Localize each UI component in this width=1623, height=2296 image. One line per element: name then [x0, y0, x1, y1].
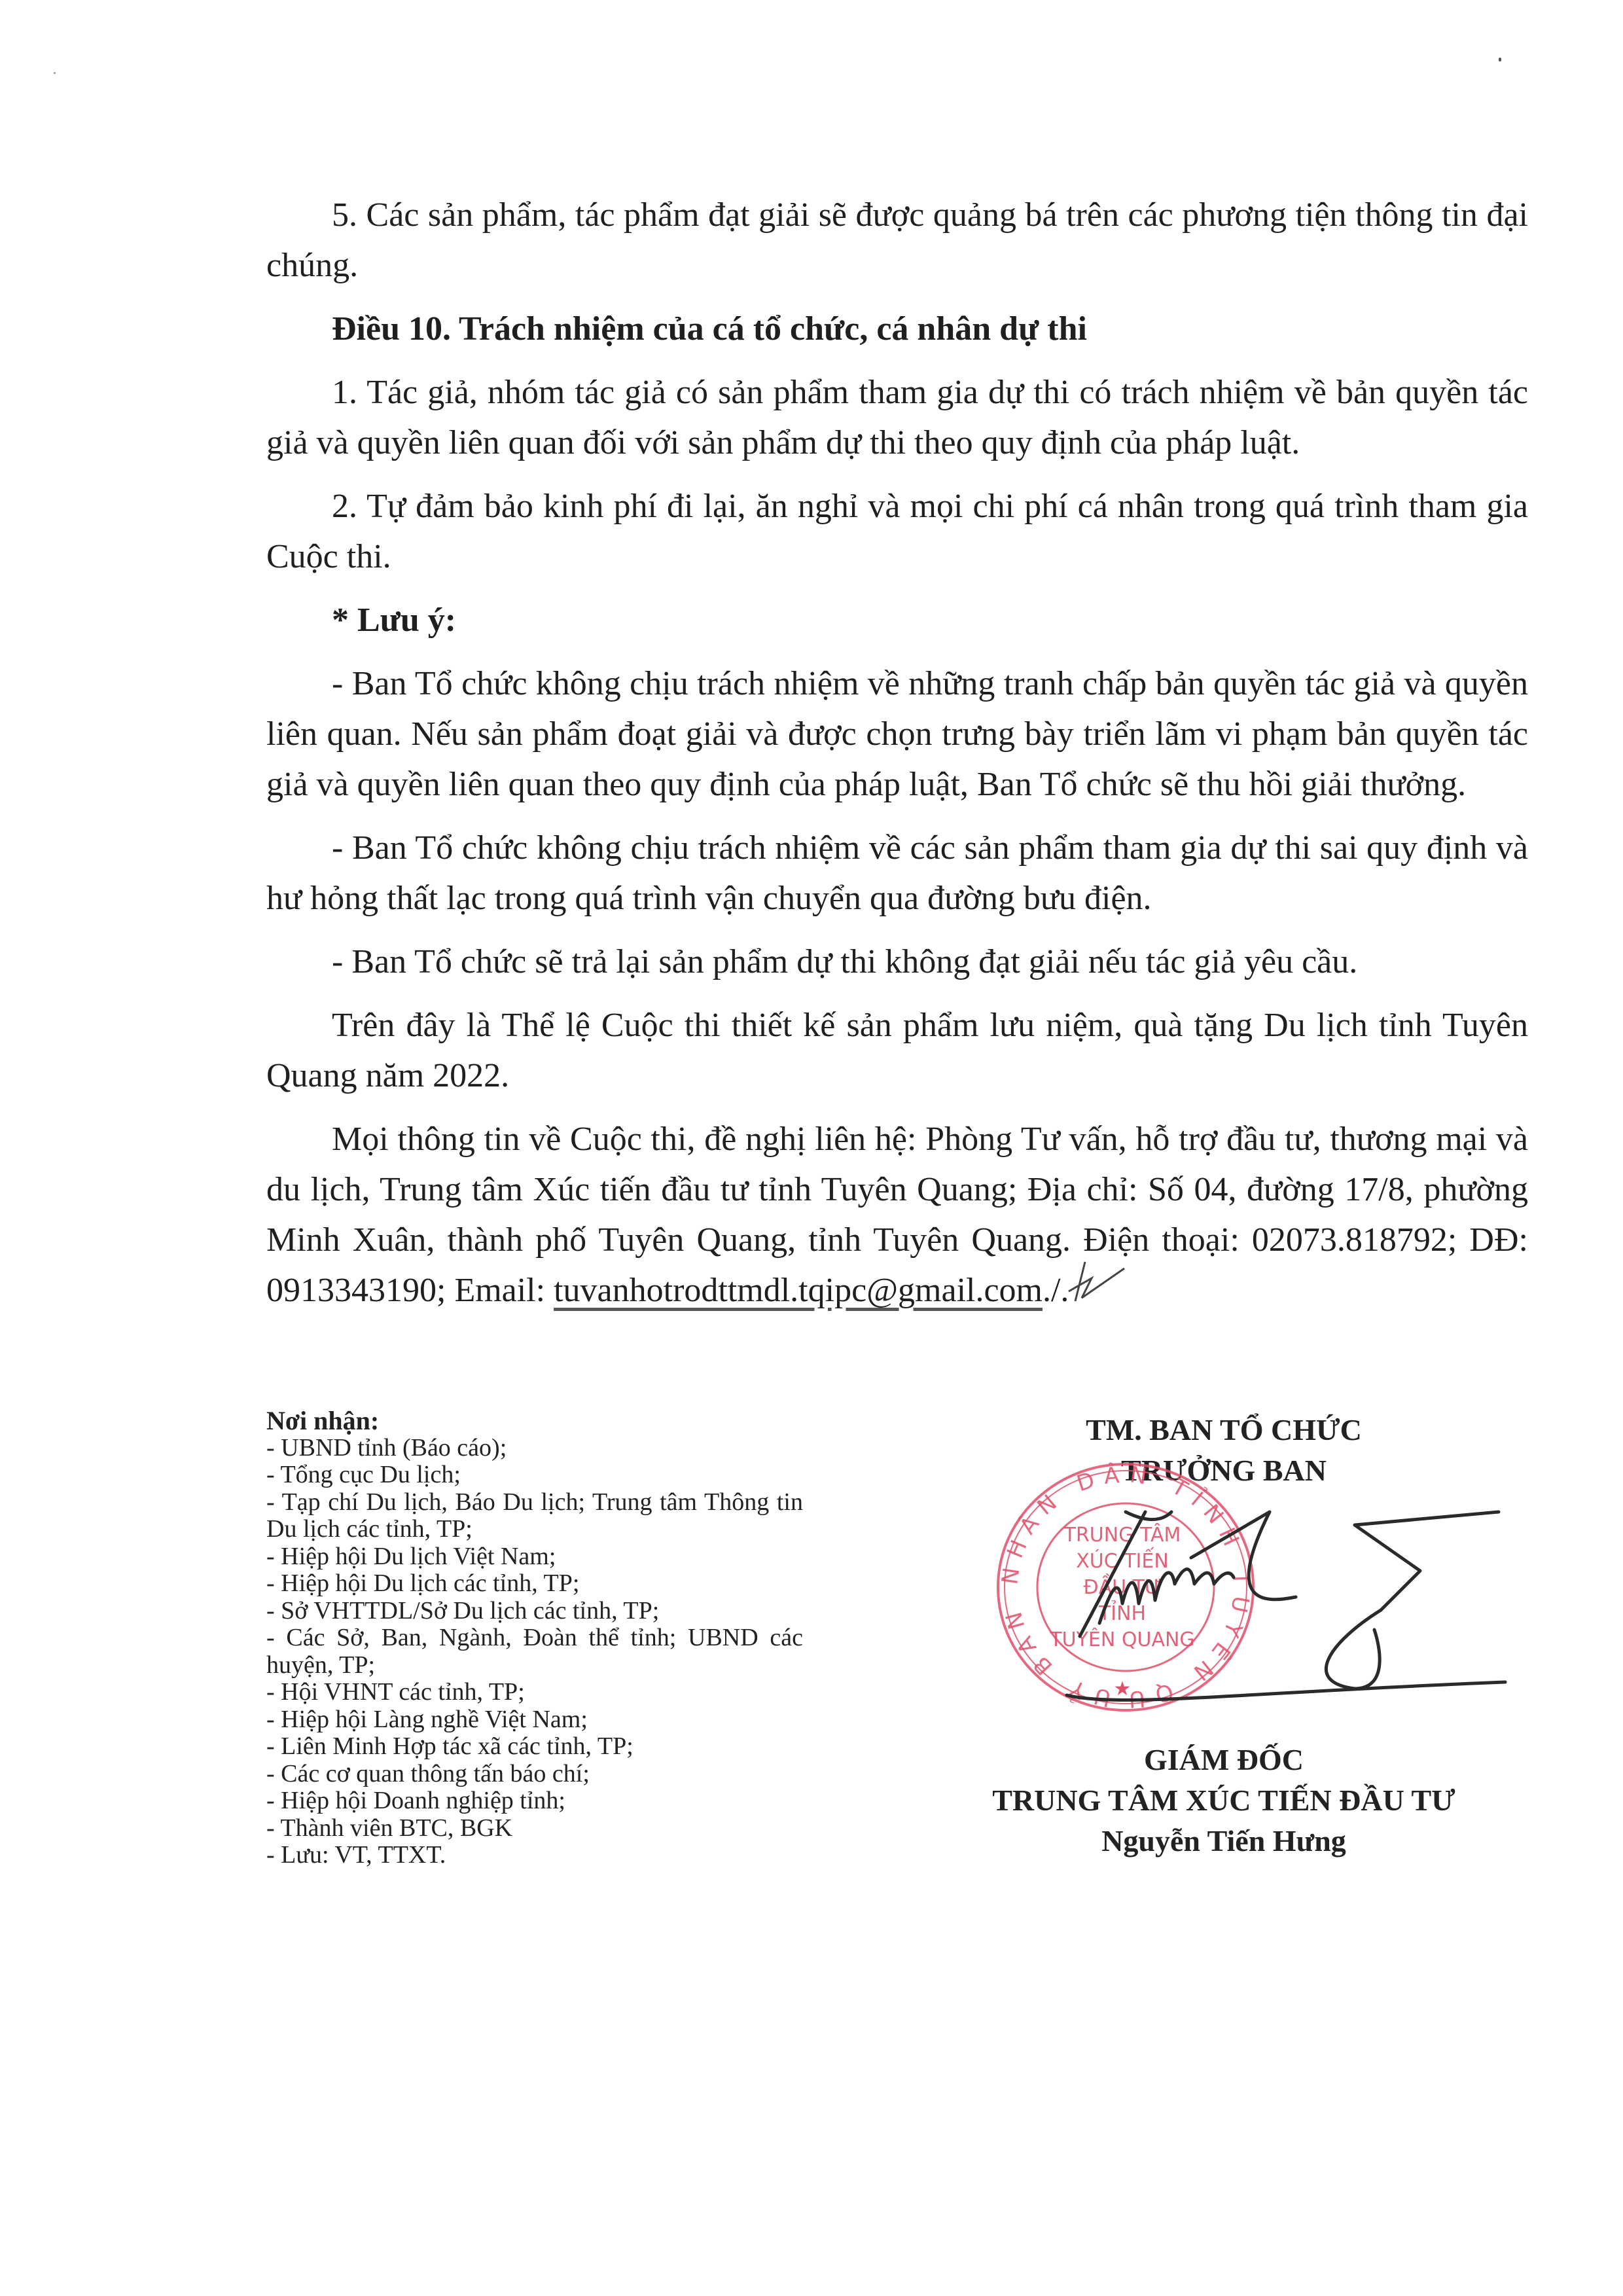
article-10-heading: Điều 10. Trách nhiệm của cá tổ chức, cá … [266, 304, 1528, 354]
organizer-label: TM. BAN TỔ CHỨC [942, 1410, 1505, 1450]
director-title: GIÁM ĐỐC [942, 1740, 1505, 1780]
recipient-item: - UBND tỉnh (Báo cáo); [266, 1435, 803, 1462]
recipient-item: - Thành viên BTC, BGK [266, 1815, 803, 1842]
note-copyright: - Ban Tổ chức không chịu trách nhiệm về … [266, 658, 1528, 810]
organization-name: TRUNG TÂM XÚC TIẾN ĐẦU TƯ [942, 1780, 1505, 1821]
recipient-item: - Sở VHTTDL/Sở Du lịch các tỉnh, TP; [266, 1598, 803, 1625]
paragraph-item-1: 1. Tác giả, nhóm tác giả có sản phẩm tha… [266, 367, 1528, 468]
recipient-item: - Tổng cục Du lịch; [266, 1462, 803, 1489]
document-page: 5. Các sản phẩm, tác phẩm đạt giải sẽ đư… [0, 0, 1623, 2296]
recipient-item: - Tạp chí Du lịch, Báo Du lịch; Trung tâ… [266, 1489, 803, 1543]
email-link[interactable]: tuvanhotrodttmdl.tqipc@gmail.com [554, 1272, 1043, 1309]
recipients-title: Nơi nhận: [266, 1407, 803, 1435]
note-return: - Ban Tổ chức sẽ trả lại sản phẩm dự thi… [266, 937, 1528, 987]
initials-mark-icon [1069, 1268, 1108, 1308]
recipient-item: - Liên Minh Hợp tác xã các tỉnh, TP; [266, 1733, 803, 1761]
recipient-item: - Các Sở, Ban, Ngành, Đoàn thể tỉnh; UBN… [266, 1624, 803, 1679]
recipient-item: - Hiệp hội Du lịch các tỉnh, TP; [266, 1570, 803, 1598]
paragraph-item-2: 2. Tự đảm bảo kinh phí đi lại, ăn nghỉ v… [266, 481, 1528, 582]
signer-name: Nguyễn Tiến Hưng [942, 1821, 1505, 1861]
recipient-item: - Hội VHNT các tỉnh, TP; [266, 1679, 803, 1706]
recipient-item: - Hiệp hội Doanh nghiệp tỉnh; [266, 1787, 803, 1815]
closing-statement: Trên đây là Thể lệ Cuộc thi thiết kế sản… [266, 1000, 1528, 1101]
recipient-item: - Các cơ quan thông tấn báo chí; [266, 1761, 803, 1788]
scan-speck [54, 72, 56, 74]
note-heading: * Lưu ý: [266, 595, 1528, 645]
recipient-item: - Hiệp hội Làng nghề Việt Nam; [266, 1706, 803, 1734]
scan-speck [1499, 58, 1501, 62]
recipient-item: - Hiệp hội Du lịch Việt Nam; [266, 1543, 803, 1571]
contact-paragraph: Mọi thông tin về Cuộc thi, đề nghị liên … [266, 1114, 1528, 1316]
document-body: 5. Các sản phẩm, tác phẩm đạt giải sẽ đư… [266, 190, 1528, 1329]
recipients-list: Nơi nhận: - UBND tỉnh (Báo cáo); - Tổng … [266, 1407, 803, 1869]
paragraph-item-5: 5. Các sản phẩm, tác phẩm đạt giải sẽ đư… [266, 190, 1528, 291]
handwritten-signature-icon [988, 1473, 1512, 1721]
recipient-item: - Lưu: VT, TTXT. [266, 1842, 803, 1869]
note-shipping: - Ban Tổ chức không chịu trách nhiệm về … [266, 823, 1528, 924]
